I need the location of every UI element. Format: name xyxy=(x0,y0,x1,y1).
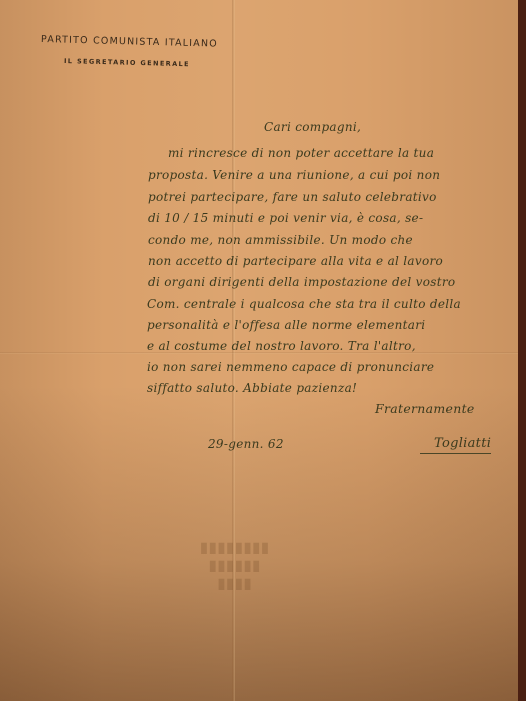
letter-photo: PARTITO COMUNISTA ITALIANO IL SEGRETARIO… xyxy=(0,0,526,701)
letterhead: PARTITO COMUNISTA ITALIANO IL SEGRETARIO… xyxy=(41,34,218,65)
body-line: e al costume del nostro lavoro. Tra l'al… xyxy=(147,339,416,353)
background-edge xyxy=(518,0,526,701)
body-line: non accetto di partecipare alla vita e a… xyxy=(148,254,443,268)
faint-bleed-through-stamp: ▮▮▮▮▮▮▮▮▮▮▮▮▮▮▮▮▮▮ xyxy=(165,540,305,600)
body-line: condo me, non ammissibile. Un modo che xyxy=(148,233,413,247)
body-line: Com. centrale i qualcosa che sta tra il … xyxy=(147,297,461,311)
letterhead-organization: PARTITO COMUNISTA ITALIANO xyxy=(41,34,218,50)
body-line: io non sarei nemmeno capace di pronuncia… xyxy=(147,360,434,374)
body-line: proposta. Venire a una riunione, a cui p… xyxy=(148,168,440,182)
signature: Togliatti xyxy=(420,436,491,454)
body-line: mi rincresce di non poter accettare la t… xyxy=(168,146,434,160)
closing: Fraternamente xyxy=(375,401,475,416)
body-line: personalità e l'offesa alle norme elemen… xyxy=(147,318,425,332)
body-line: siffatto saluto. Abbiate pazienza! xyxy=(147,381,357,395)
body-line: di organi dirigenti della impostazione d… xyxy=(148,275,455,289)
letter-date: 29-genn. 62 xyxy=(208,437,284,451)
body-line: potrei partecipare, fare un saluto celeb… xyxy=(148,190,437,204)
salutation: Cari compagni, xyxy=(264,120,361,134)
body-line: di 10 / 15 minuti e poi venir via, è cos… xyxy=(148,211,423,225)
